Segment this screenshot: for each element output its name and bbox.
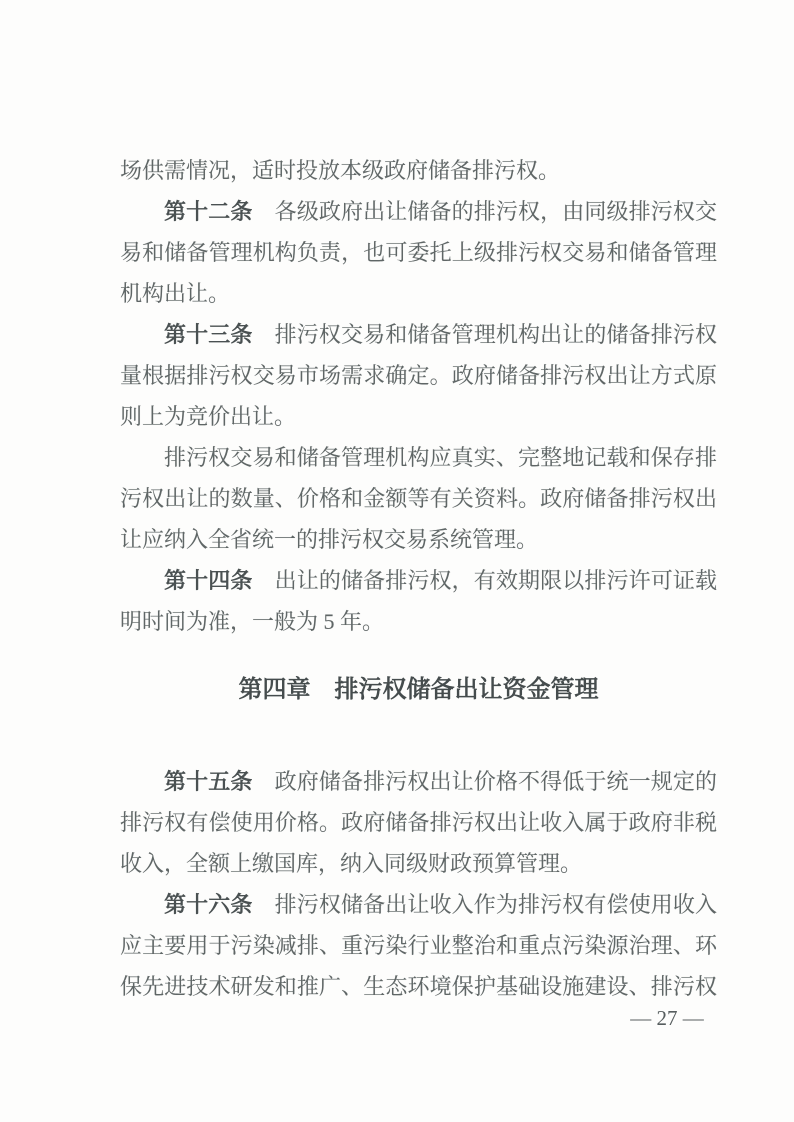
- line-text: 则上为竞价出让。: [120, 404, 296, 429]
- text-line: 让应纳入全省统一的排污权交易系统管理。: [120, 519, 717, 560]
- article-number-14: 第十四条: [164, 568, 253, 593]
- text-line: 第十五条 政府储备排污权出让价格不得低于统一规定的: [120, 761, 717, 802]
- article-number-12: 第十二条: [164, 199, 253, 224]
- line-text: 各级政府出让储备的排污权，由同级排污权交: [253, 199, 717, 224]
- text-line: 第十六条 排污权储备出让收入作为排污权有偿使用收入: [120, 884, 717, 925]
- line-text: 场供需情况，适时投放本级政府储备排污权。: [120, 158, 560, 183]
- text-line: 第十三条 排污权交易和储备管理机构出让的储备排污权: [120, 314, 717, 355]
- text-line: 场供需情况，适时投放本级政府储备排污权。: [120, 150, 717, 191]
- line-text: 排污权有偿使用价格。政府储备排污权出让收入属于政府非税: [120, 810, 717, 835]
- line-text: 易和储备管理机构负责，也可委托上级排污权交易和储备管理: [120, 240, 717, 265]
- line-text: 排污权交易和储备管理机构应真实、完整地记载和保存排: [164, 445, 717, 470]
- body-text-lower: 第十五条 政府储备排污权出让价格不得低于统一规定的 排污权有偿使用价格。政府储备…: [120, 761, 717, 1007]
- line-text: 污权出让的数量、价格和金额等有关资料。政府储备排污权出: [120, 486, 717, 511]
- line-text: 应主要用于污染减排、重污染行业整治和重点污染源治理、环: [120, 933, 717, 958]
- text-line: 应主要用于污染减排、重污染行业整治和重点污染源治理、环: [120, 925, 717, 966]
- line-text: 出让的储备排污权，有效期限以排污许可证载: [253, 568, 717, 593]
- text-line: 第十四条 出让的储备排污权，有效期限以排污许可证载: [120, 560, 717, 601]
- text-line: 污权出让的数量、价格和金额等有关资料。政府储备排污权出: [120, 478, 717, 519]
- text-line: 则上为竞价出让。: [120, 396, 717, 437]
- line-text: 量根据排污权交易市场需求确定。政府储备排污权出让方式原: [120, 363, 717, 388]
- body-text-upper: 场供需情况，适时投放本级政府储备排污权。 第十二条 各级政府出让储备的排污权，由…: [120, 150, 717, 642]
- text-line: 量根据排污权交易市场需求确定。政府储备排污权出让方式原: [120, 355, 717, 396]
- article-number-16: 第十六条: [164, 892, 253, 917]
- line-text: 明时间为准，一般为 5 年。: [120, 609, 384, 634]
- line-text: 保先进技术研发和推广、生态环境保护基础设施建设、排污权: [120, 974, 717, 999]
- document-page: 场供需情况，适时投放本级政府储备排污权。 第十二条 各级政府出让储备的排污权，由…: [0, 0, 794, 1122]
- line-text: 排污权储备出让收入作为排污权有偿使用收入: [253, 892, 717, 917]
- line-text: 让应纳入全省统一的排污权交易系统管理。: [120, 527, 538, 552]
- text-line: 排污权交易和储备管理机构应真实、完整地记载和保存排: [120, 437, 717, 478]
- article-number-13: 第十三条: [164, 322, 253, 347]
- line-text: 收入，全额上缴国库，纳入同级财政预算管理。: [120, 851, 582, 876]
- text-line: 第十二条 各级政府出让储备的排污权，由同级排污权交: [120, 191, 717, 232]
- article-number-15: 第十五条: [164, 769, 253, 794]
- page-number: — 27 —: [612, 1003, 722, 1033]
- text-line: 机构出让。: [120, 273, 717, 314]
- text-line: 收入，全额上缴国库，纳入同级财政预算管理。: [120, 843, 717, 884]
- chapter-heading: 第四章 排污权储备出让资金管理: [120, 674, 717, 706]
- line-text: 排污权交易和储备管理机构出让的储备排污权: [253, 322, 717, 347]
- line-text: 机构出让。: [120, 281, 230, 306]
- text-line: 排污权有偿使用价格。政府储备排污权出让收入属于政府非税: [120, 802, 717, 843]
- text-line: 易和储备管理机构负责，也可委托上级排污权交易和储备管理: [120, 232, 717, 273]
- line-text: 政府储备排污权出让价格不得低于统一规定的: [253, 769, 717, 794]
- text-line: 保先进技术研发和推广、生态环境保护基础设施建设、排污权: [120, 966, 717, 1007]
- text-line: 明时间为准，一般为 5 年。: [120, 601, 717, 642]
